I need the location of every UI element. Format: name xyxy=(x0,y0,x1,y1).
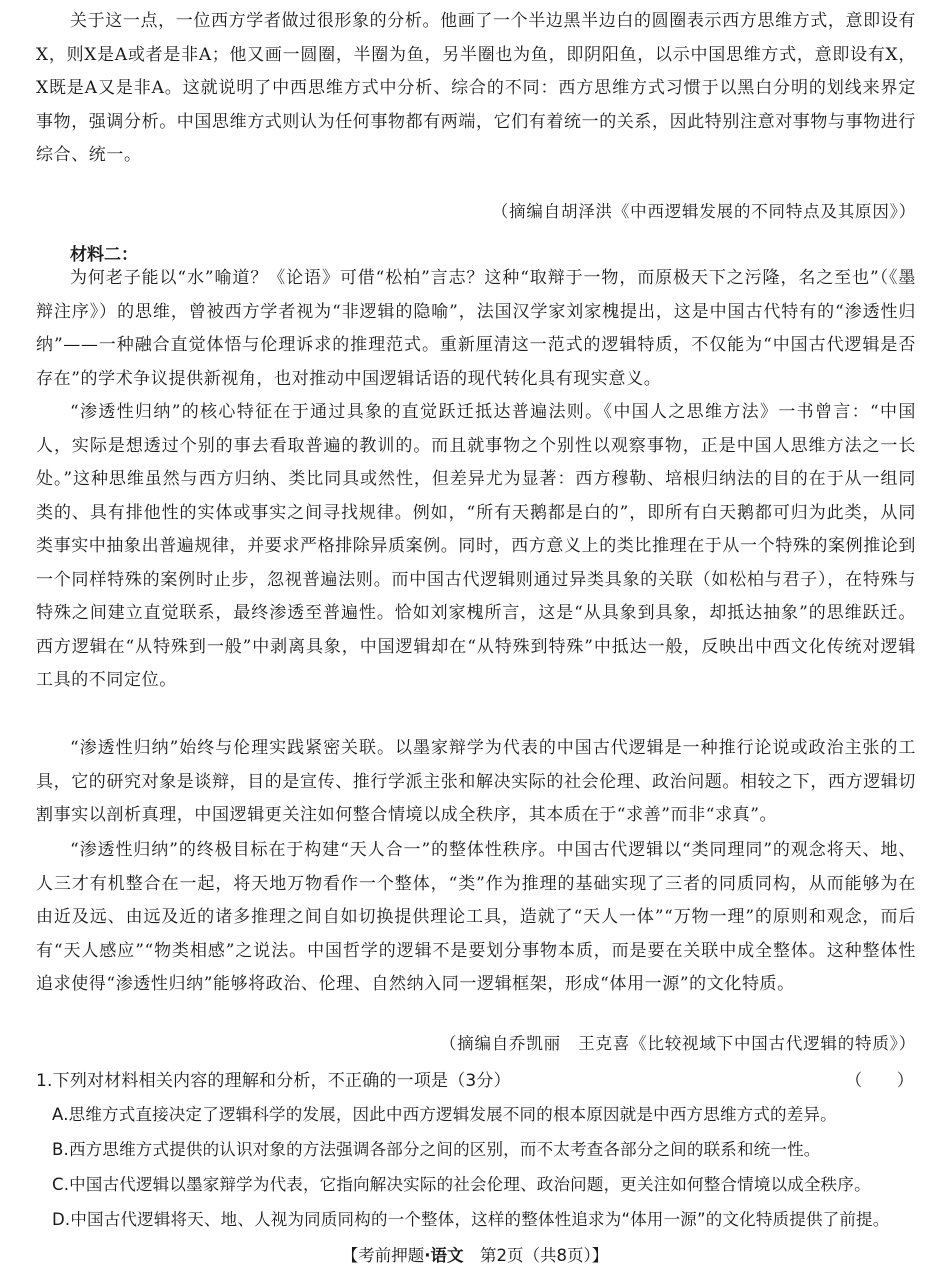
footer-subject: 语文 xyxy=(431,1246,464,1265)
page-footer: 【考前押题·语文 第2页（共8页）】 xyxy=(0,1242,950,1266)
material-two-paragraph-1: 为何老子能以“水”喻道？《论语》可借“松柏”言志？这种“取辩于一物，而原极天下之… xyxy=(36,262,916,396)
footer-exam-name: 考前押题 xyxy=(358,1246,424,1265)
answer-blank[interactable]: （ ） xyxy=(845,1066,914,1091)
material-two-paragraph-4: “渗透性归纳”的终极目标在于构建“天人合一”的整体性秩序。中国古代逻辑以“类同理… xyxy=(36,834,916,1002)
footer-page-info: 第2页（共8页） xyxy=(464,1246,592,1265)
footer-bracket-open: 【 xyxy=(342,1246,359,1265)
material-one-source: （摘编自胡泽洪《中西逻辑发展的不同特点及其原因》） xyxy=(492,198,916,222)
option-b[interactable]: B.西方思维方式提供的认识对象的方法强调各部分之间的区别，而不太考查各部分之间的… xyxy=(52,1136,922,1160)
material-two-source: （摘编自乔凯丽 王克喜《比较视域下中国古代逻辑的特质》） xyxy=(440,1030,916,1054)
material-two-paragraph-2: “渗透性归纳”的核心特征在于通过具象的直觉跃迁抵达普遍法则。《中国人之思维方法》… xyxy=(36,396,916,698)
material-two-paragraph-3: “渗透性归纳”始终与伦理实践紧密关联。以墨家辩学为代表的中国古代逻辑是一种推行论… xyxy=(36,732,916,833)
option-a[interactable]: A.思维方式直接决定了逻辑科学的发展，因此中西方逻辑发展不同的根本原因就是中西方… xyxy=(52,1101,922,1125)
exam-page: 关于这一点，一位西方学者做过很形象的分析。他画了一个半边黑半边白的圆圈表示西方思… xyxy=(0,0,950,1278)
option-d[interactable]: D.中国古代逻辑将天、地、人视为同质同构的一个整体，这样的整体性追求为“体用一源… xyxy=(52,1206,922,1230)
question-1-stem: 1.下列对材料相关内容的理解和分析，不正确的一项是（3分） xyxy=(36,1066,511,1091)
material-one-paragraph: 关于这一点，一位西方学者做过很形象的分析。他画了一个半边黑半边白的圆圈表示西方思… xyxy=(36,5,916,173)
footer-bracket-close: 】 xyxy=(592,1246,609,1265)
question-1: 1.下列对材料相关内容的理解和分析，不正确的一项是（3分） （ ） xyxy=(36,1066,916,1091)
option-c[interactable]: C.中国古代逻辑以墨家辩学为代表，它指向解决实际的社会伦理、政治问题，更关注如何… xyxy=(52,1171,922,1195)
